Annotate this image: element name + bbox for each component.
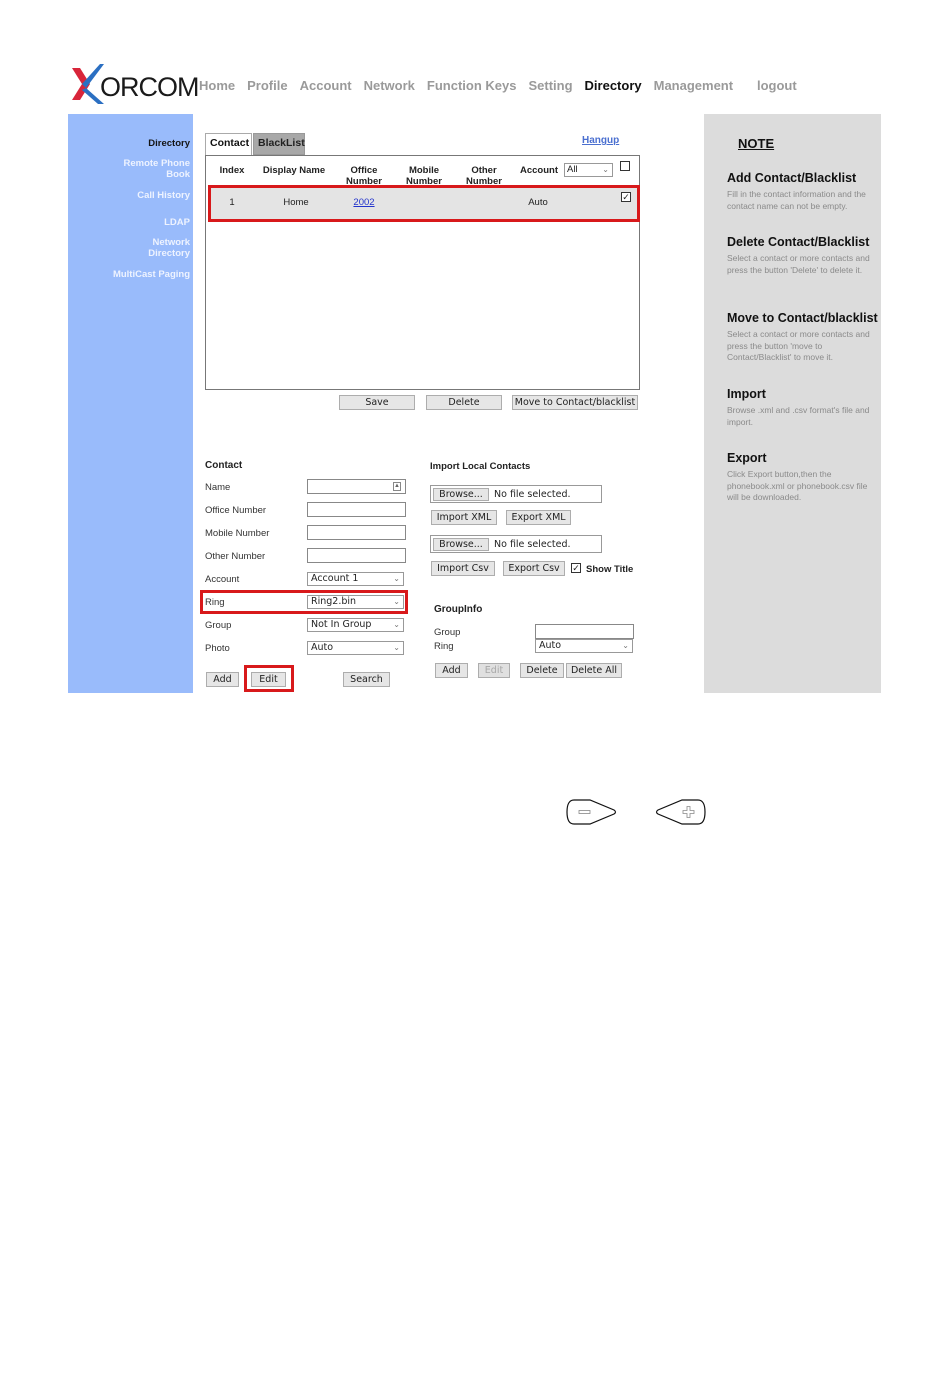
nav-management[interactable]: Management (654, 78, 733, 93)
xorcom-logo: ORCOM (70, 64, 192, 104)
note-heading-export: Export (727, 451, 767, 465)
account-filter-value: All (567, 164, 578, 175)
groupinfo-ring-value: Auto (539, 640, 561, 651)
export-xml-button[interactable]: Export XML (506, 510, 571, 525)
photo-label: Photo (205, 643, 230, 654)
header-office-number: Office Number (342, 165, 386, 187)
other-number-label: Other Number (205, 551, 265, 562)
chevron-down-icon: ⌄ (393, 619, 400, 631)
xml-file-status: No file selected. (494, 489, 571, 500)
nav-home[interactable]: Home (199, 78, 235, 93)
import-title: Import Local Contacts (430, 461, 530, 472)
import-csv-button[interactable]: Import Csv (431, 561, 495, 576)
ring-highlight-annotation (200, 590, 408, 614)
logout-link[interactable]: logout (757, 78, 797, 93)
chevron-down-icon: ⌄ (622, 640, 629, 652)
group-select[interactable]: Not In Group⌄ (307, 618, 404, 632)
note-heading-import: Import (727, 387, 766, 401)
contact-form-title: Contact (205, 460, 242, 471)
xml-file-input[interactable]: Browse... No file selected. (430, 485, 602, 503)
nav-profile[interactable]: Profile (247, 78, 287, 93)
name-label: Name (205, 482, 230, 493)
groupinfo-add-button[interactable]: Add (435, 663, 468, 678)
move-to-contact-blacklist-button[interactable]: Move to Contact/blacklist (512, 395, 638, 410)
nav-function-keys[interactable]: Function Keys (427, 78, 517, 93)
search-contact-button[interactable]: Search (343, 672, 390, 687)
delete-button[interactable]: Delete (426, 395, 502, 410)
logo-text: ORCOM (100, 72, 199, 103)
groupinfo-ring-label: Ring (434, 641, 454, 652)
mobile-number-label: Mobile Number (205, 528, 269, 539)
office-number-input[interactable] (307, 502, 406, 517)
groupinfo-group-input[interactable] (535, 624, 634, 639)
add-contact-button[interactable]: Add (206, 672, 239, 687)
groupinfo-edit-button[interactable]: Edit (478, 663, 510, 678)
save-button[interactable]: Save (339, 395, 415, 410)
volume-down-key-icon[interactable] (566, 798, 618, 826)
mobile-number-input[interactable] (307, 525, 406, 540)
note-text-delete: Select a contact or more contacts and pr… (727, 253, 872, 276)
chevron-down-icon: ⌄ (602, 164, 609, 176)
name-input[interactable]: ▲ (307, 479, 406, 494)
office-number-label: Office Number (205, 505, 266, 516)
browse-csv-button[interactable]: Browse... (433, 538, 489, 551)
edit-highlight-annotation (244, 665, 294, 692)
hangup-link[interactable]: Hangup (582, 135, 619, 146)
tab-contact[interactable]: Contact (205, 133, 252, 155)
groupinfo-group-label: Group (434, 627, 460, 638)
browse-xml-button[interactable]: Browse... (433, 488, 489, 501)
spinner-icon: ▲ (393, 482, 401, 491)
checkmark-icon: ✓ (572, 563, 580, 573)
sidebar-item-ldap[interactable]: LDAP (164, 217, 190, 228)
export-csv-button[interactable]: Export Csv (503, 561, 565, 576)
note-heading-delete: Delete Contact/Blacklist (727, 235, 869, 249)
nav-directory[interactable]: Directory (585, 78, 642, 93)
nav-setting[interactable]: Setting (528, 78, 572, 93)
top-nav: Home Profile Account Network Function Ke… (199, 78, 745, 93)
sidebar-item-remote-phone-book[interactable]: Remote Phone Book (120, 158, 190, 180)
contacts-table: Index Display Name Office Number Mobile … (205, 155, 640, 390)
row-highlight-annotation (208, 185, 640, 222)
note-panel: NOTE Add Contact/Blacklist Fill in the c… (704, 114, 881, 693)
account-value: Account 1 (311, 573, 358, 584)
account-select[interactable]: Account 1⌄ (307, 572, 404, 586)
note-text-move: Select a contact or more contacts and pr… (727, 329, 872, 364)
import-xml-button[interactable]: Import XML (431, 510, 497, 525)
note-heading-add: Add Contact/Blacklist (727, 171, 856, 185)
header-account: Account (516, 165, 562, 187)
group-label: Group (205, 620, 231, 631)
groupinfo-ring-select[interactable]: Auto⌄ (535, 639, 633, 653)
note-text-add: Fill in the contact information and the … (727, 189, 887, 212)
account-filter-select[interactable]: All ⌄ (564, 163, 613, 177)
sidebar-item-multicast-paging[interactable]: MultiCast Paging (113, 269, 190, 280)
note-text-import: Browse .xml and .csv format's file and i… (727, 405, 872, 428)
groupinfo-title: GroupInfo (434, 604, 482, 615)
chevron-down-icon: ⌄ (393, 573, 400, 585)
account-label: Account (205, 574, 239, 585)
show-title-label: Show Title (586, 564, 633, 575)
header-display-name: Display Name (258, 165, 330, 187)
note-title: NOTE (738, 136, 774, 151)
sidebar-item-directory[interactable]: Directory (148, 138, 190, 149)
header-mobile-number: Mobile Number (402, 165, 446, 187)
select-all-checkbox[interactable] (620, 161, 630, 171)
sidebar-item-network-directory[interactable]: Network Directory (140, 237, 190, 259)
csv-file-input[interactable]: Browse... No file selected. (430, 535, 602, 553)
sidebar-item-call-history[interactable]: Call History (137, 190, 190, 201)
chevron-down-icon: ⌄ (393, 642, 400, 654)
nav-network[interactable]: Network (364, 78, 415, 93)
header-index: Index (214, 165, 250, 187)
csv-file-status: No file selected. (494, 539, 571, 550)
tab-blacklist[interactable]: BlackList (253, 133, 305, 155)
logo-x-icon (70, 64, 104, 104)
note-text-export: Click Export button,then the phonebook.x… (727, 469, 872, 504)
other-number-input[interactable] (307, 548, 406, 563)
sidebar: Directory Remote Phone Book Call History… (68, 114, 193, 693)
photo-value: Auto (311, 642, 333, 653)
photo-select[interactable]: Auto⌄ (307, 641, 404, 655)
header-other-number: Other Number (462, 165, 506, 187)
groupinfo-delete-button[interactable]: Delete (520, 663, 564, 678)
groupinfo-delete-all-button[interactable]: Delete All (566, 663, 622, 678)
volume-up-key-icon[interactable] (654, 798, 706, 826)
note-heading-move: Move to Contact/blacklist (727, 311, 878, 325)
nav-account[interactable]: Account (300, 78, 352, 93)
group-value: Not In Group (311, 619, 371, 630)
show-title-checkbox[interactable]: ✓ (571, 563, 581, 573)
